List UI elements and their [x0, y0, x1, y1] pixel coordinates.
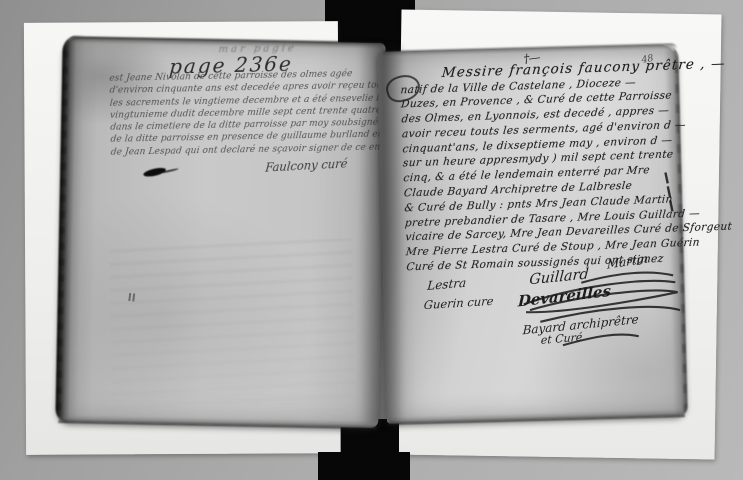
right-burial-entry: Messire françois faucony prêtre , — nati… — [400, 57, 683, 276]
right-page: †— 48 Messire françois faucony prêtre , … — [377, 44, 687, 424]
margin-strokes-icon — [662, 170, 675, 212]
signature-guerin: Guerin cure — [423, 294, 494, 312]
left-page: mar pagie page 236e est Jeane Nivolan de… — [56, 37, 385, 428]
scanner-mask-bottom-step — [318, 452, 410, 480]
signature-paraph-flourishes-icon — [503, 266, 686, 371]
signature-lestra: Lestra — [427, 276, 467, 293]
manuscript-scan: mar pagie page 236e est Jeane Nivolan de… — [0, 0, 743, 480]
ink-blot — [143, 166, 167, 178]
signature-faulcony: Faulcony curé — [265, 157, 348, 175]
left-burial-entry: est Jeane Nivolan de cette parroisse des… — [109, 69, 373, 160]
bleedthrough-text-area — [109, 238, 356, 414]
